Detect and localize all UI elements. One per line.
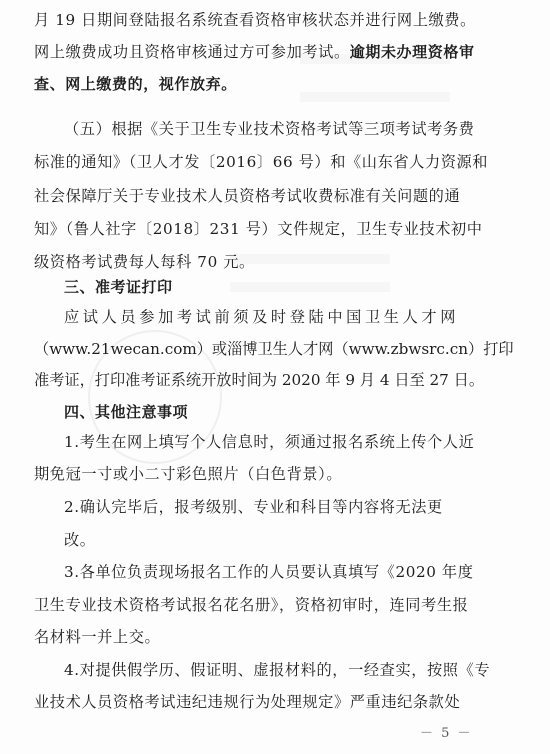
text-line: 准考证，打印准考证系统开放时间为 2020 年 9 月 4 日至 27 日。 xyxy=(34,370,456,390)
text-line: 应试人员参加考试前须及时登陆中国卫生人才网 xyxy=(64,307,456,327)
emphasis-text: 逾期未办理资格审 xyxy=(350,43,475,61)
emphasis-text-line: 查、网上缴费的，视作放弃。 xyxy=(34,74,456,94)
section-heading: 四、其他注意事项 xyxy=(64,402,188,422)
document-page: 月 19 日期间登陆报名系统查看资格审核状态并进行网上缴费。 网上缴费成功且资格… xyxy=(0,0,550,754)
text-line: 业技术人员资格考试违纪违规行为处理规定》严重违纪条款处 xyxy=(34,692,456,712)
text-line: 期免冠一寸或小二寸彩色照片（白色背景）。 xyxy=(34,464,456,484)
page-number: － 5 － xyxy=(420,722,473,741)
text-line: 卫生专业技术资格考试报名花名册》，资格初审时，连同考生报 xyxy=(34,595,456,615)
text-line: 2.确认完毕后，报考级别、专业和科目等内容将无法更 xyxy=(64,497,434,517)
text-line: 级资格考试费每人每科 70 元。 xyxy=(34,252,456,272)
text-line: 网上缴费成功且资格审核通过方可参加考试。逾期未办理资格审 xyxy=(34,42,456,62)
text-line: 1.考生在网上填写个人信息时，须通过报名系统上传个人近 xyxy=(64,432,456,452)
text-line: 标准的通知》（卫人才发〔2016〕66 号）和《山东省人力资源和 xyxy=(34,152,456,172)
text-span: 网上缴费成功且资格审核通过方可参加考试。 xyxy=(34,43,350,61)
text-line: 月 19 日期间登陆报名系统查看资格审核状态并进行网上缴费。 xyxy=(34,10,456,30)
bleed-through-mark xyxy=(230,282,390,292)
text-line: 4.对提供假学历、假证明、虚报材料的，一经查实，按照《专 xyxy=(64,660,456,680)
section-heading: 三、准考证打印 xyxy=(64,277,173,297)
text-line: （www.21wecan.com）或淄博卫生人才网（www.zbwsrc.cn）… xyxy=(34,339,456,359)
text-line: 改。 xyxy=(64,530,456,550)
text-line: （五）根据《关于卫生专业技术资格考试等三项考试考务费 xyxy=(64,119,456,139)
text-line: 3.各单位负责现场报名工作的人员要认真填写《2020 年度 xyxy=(64,562,456,582)
text-line: 社会保障厅关于专业技术人员资格考试收费标准有关问题的通 xyxy=(34,186,456,206)
text-line: 名材料一并上交。 xyxy=(34,627,456,647)
text-line: 知》（鲁人社字〔2018〕231 号）文件规定，卫生专业技术初中 xyxy=(34,219,456,239)
